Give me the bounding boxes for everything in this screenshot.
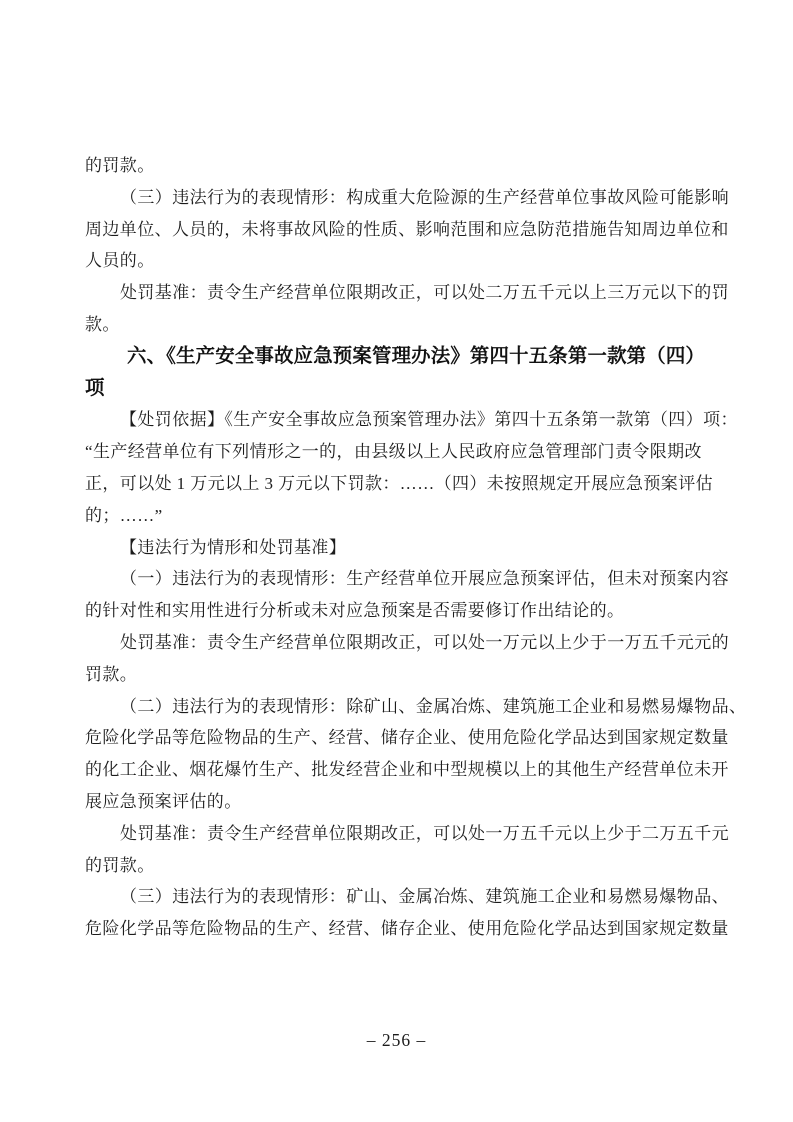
- page-number: – 256 –: [367, 1030, 427, 1050]
- text-line: （三）违法行为的表现情形：矿山、金属冶炼、建筑施工企业和易燃易爆物品、: [85, 881, 745, 913]
- section-heading: 六、《生产安全事故应急预案管理办法》第四十五条第一款第（四）项: [85, 341, 745, 405]
- text-line: 【处罚依据】《生产安全事故应急预案管理办法》第四十五条第一款第（四）项：: [85, 404, 745, 436]
- text-line: 的罚款。: [85, 150, 745, 182]
- text-line: 危险化学品等危险物品的生产、经营、储存企业、使用危险化学品达到国家规定数量: [85, 913, 745, 945]
- paragraph: （三）违法行为的表现情形：构成重大危险源的生产经营单位事故风险可能影响周边单位、…: [85, 182, 745, 277]
- paragraph-continuation: 的罚款。: [85, 150, 745, 182]
- text-line: 处罚基准：责令生产经营单位限期改正，可以处二万五千元以上三万元以下的罚: [85, 277, 745, 309]
- text-line: “生产经营单位有下列情形之一的，由县级以上人民政府应急管理部门责令限期改: [85, 436, 745, 468]
- text-line: 项: [85, 373, 745, 405]
- paragraph: 【处罚依据】《生产安全事故应急预案管理办法》第四十五条第一款第（四）项：“生产经…: [85, 404, 745, 531]
- text-line: （二）违法行为的表现情形：除矿山、金属冶炼、建筑施工企业和易燃易爆物品、: [85, 691, 745, 723]
- text-line: 的针对性和实用性进行分析或未对应急预案是否需要修订作出结论的。: [85, 595, 745, 627]
- page-footer: – 256 –: [0, 1026, 793, 1054]
- text-line: 的；……”: [85, 500, 745, 532]
- text-line: 人员的。: [85, 245, 745, 277]
- text-line: 展应急预案评估的。: [85, 786, 745, 818]
- text-line: 处罚基准：责令生产经营单位限期改正，可以处一万五千元以上少于二万五千元: [85, 818, 745, 850]
- paragraph: 处罚基准：责令生产经营单位限期改正，可以处二万五千元以上三万元以下的罚款。: [85, 277, 745, 341]
- text-line: 款。: [85, 309, 745, 341]
- paragraph: 处罚基准：责令生产经营单位限期改正，可以处一万元以上少于一万五千元元的罚款。: [85, 627, 745, 691]
- text-line: 正，可以处 1 万元以上 3 万元以下罚款：……（四）未按照规定开展应急预案评估: [85, 468, 745, 500]
- text-line: （一）违法行为的表现情形：生产经营单位开展应急预案评估，但未对预案内容: [85, 563, 745, 595]
- text-line: （三）违法行为的表现情形：构成重大危险源的生产经营单位事故风险可能影响: [85, 182, 745, 214]
- text-line: 六、《生产安全事故应急预案管理办法》第四十五条第一款第（四）: [85, 341, 745, 373]
- text-line: 的罚款。: [85, 850, 745, 882]
- text-line: 周边单位、人员的，未将事故风险的性质、影响范围和应急防范措施告知周边单位和: [85, 214, 745, 246]
- text-line: 的化工企业、烟花爆竹生产、批发经营企业和中型规模以上的其他生产经营单位未开: [85, 754, 745, 786]
- paragraph: 处罚基准：责令生产经营单位限期改正，可以处一万五千元以上少于二万五千元的罚款。: [85, 818, 745, 882]
- text-line: 处罚基准：责令生产经营单位限期改正，可以处一万元以上少于一万五千元元的: [85, 627, 745, 659]
- paragraph: （三）违法行为的表现情形：矿山、金属冶炼、建筑施工企业和易燃易爆物品、危险化学品…: [85, 881, 745, 945]
- document-page: 的罚款。（三）违法行为的表现情形：构成重大危险源的生产经营单位事故风险可能影响周…: [0, 0, 793, 1122]
- text-line: 危险化学品等危险物品的生产、经营、储存企业、使用危险化学品达到国家规定数量: [85, 722, 745, 754]
- paragraph: （二）违法行为的表现情形：除矿山、金属冶炼、建筑施工企业和易燃易爆物品、危险化学…: [85, 691, 745, 818]
- text-line: 【违法行为情形和处罚基准】: [85, 532, 745, 564]
- text-line: 罚款。: [85, 659, 745, 691]
- paragraph: 【违法行为情形和处罚基准】: [85, 532, 745, 564]
- paragraph: （一）违法行为的表现情形：生产经营单位开展应急预案评估，但未对预案内容的针对性和…: [85, 563, 745, 627]
- document-body: 的罚款。（三）违法行为的表现情形：构成重大危险源的生产经营单位事故风险可能影响周…: [85, 150, 745, 945]
